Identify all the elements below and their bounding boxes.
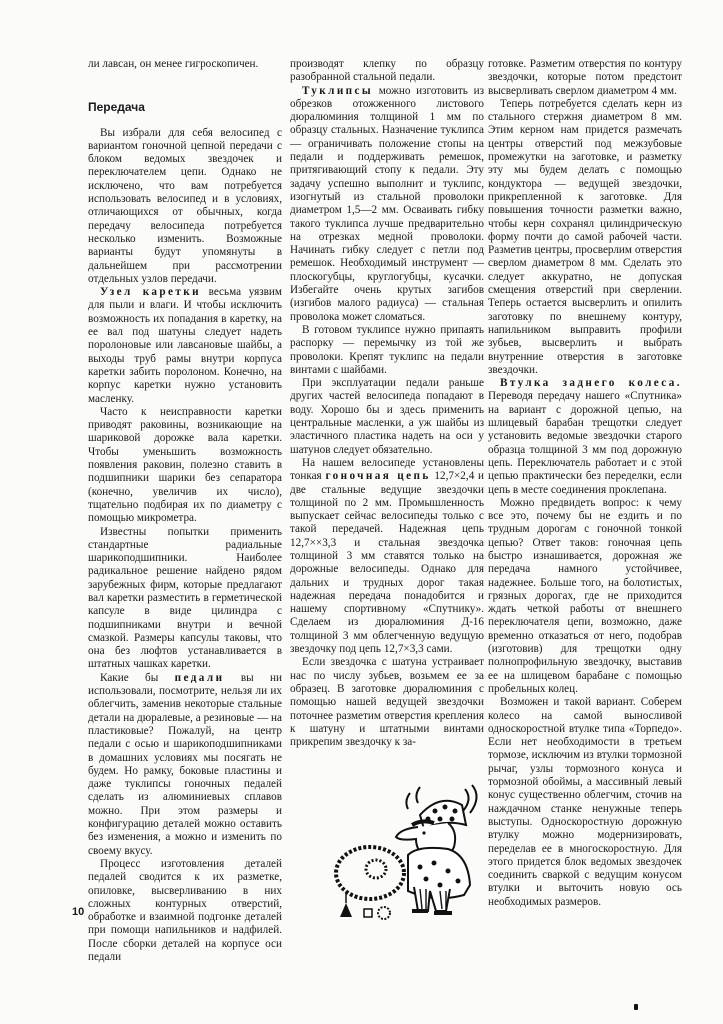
- paragraph-continuation: готовке. Разметим отверстия по контуру з…: [488, 58, 682, 98]
- paragraph: На нашем велосипеде установлены тонкая г…: [290, 457, 484, 656]
- run-in-heading: Втулка заднего колеса.: [500, 377, 682, 389]
- column-middle: производят клепку по образцу разобранной…: [290, 58, 484, 749]
- paragraph: Туклипсы можно изготовить из обрезков от…: [290, 85, 484, 324]
- paragraph-continuation: ли лавсан, он менее гигроскопичен.: [88, 58, 282, 71]
- paragraph: Втулка заднего колеса. Переводя передачу…: [488, 377, 682, 497]
- paragraph-continuation: производят клепку по образцу разобранной…: [290, 58, 484, 85]
- print-speck: [634, 1004, 638, 1010]
- paragraph: В готовом туклипсе нужно припаять распор…: [290, 324, 484, 377]
- paragraph: При эксплуатации педали раньше других ча…: [290, 377, 484, 457]
- paragraph: Если звездочка с шатуна устраивает нас п…: [290, 656, 484, 749]
- run-in-heading: гоночная цепь: [325, 470, 430, 482]
- column-left: ли лавсан, он менее гигроскопичен. Перед…: [88, 58, 282, 964]
- section-heading: Передача: [88, 101, 282, 114]
- cartoon-mechanic-illustration: [300, 775, 490, 925]
- paragraph: Процесс изготовления деталей педалей сво…: [88, 858, 282, 964]
- paragraph: Вы избрали для себя велосипед с варианто…: [88, 127, 282, 287]
- paragraph: Узел каретки весьма уязвим для пыли и вл…: [88, 286, 282, 406]
- run-in-heading: Туклипсы: [302, 85, 373, 97]
- paragraph: Теперь потребуется сделать керн из сталь…: [488, 98, 682, 377]
- paragraph: Можно предвидеть вопрос: к чему все это,…: [488, 497, 682, 696]
- run-in-heading: педали: [175, 672, 225, 684]
- paragraph: Возможен и такой вариант. Соберем колесо…: [488, 696, 682, 909]
- paragraph: Часто к неисправности каретки приводят р…: [88, 406, 282, 526]
- page-number: 10: [72, 906, 84, 918]
- run-in-heading: Узел каретки: [100, 286, 201, 298]
- paragraph: Какие бы педали вы ни использовали, посм…: [88, 672, 282, 858]
- paragraph: Известны попытки применить стандартные р…: [88, 526, 282, 672]
- column-right: готовке. Разметим отверстия по контуру з…: [488, 58, 682, 909]
